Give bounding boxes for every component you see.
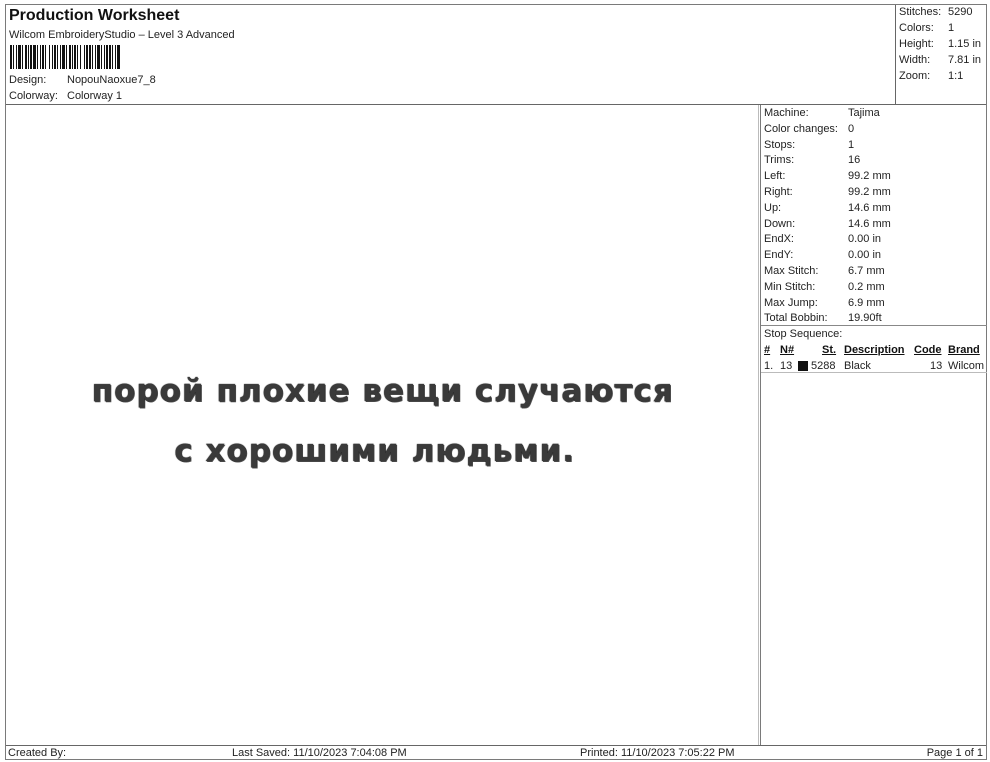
- embroidery-text-line-2: с хорошими людьми.: [0, 433, 751, 469]
- stat-row: Down:14.6 mm: [764, 218, 891, 230]
- stat-row: Max Jump:6.9 mm: [764, 297, 885, 309]
- barcode-icon: [10, 45, 210, 69]
- col-stitches: St.: [822, 344, 836, 356]
- width-row: Width:7.81 in: [899, 54, 981, 66]
- last-saved: Last Saved: 11/10/2023 7:04:08 PM: [232, 747, 407, 759]
- stop-sequence: Stop Sequence: # N# St. Description Code…: [761, 325, 987, 373]
- production-worksheet: Production Worksheet Wilcom EmbroiderySt…: [5, 4, 987, 760]
- stat-value: Tajima: [848, 107, 880, 119]
- colors-value: 1: [948, 22, 954, 34]
- stat-label: EndY:: [764, 249, 848, 261]
- colors-row: Colors:1: [899, 22, 954, 34]
- colorway-value: Colorway 1: [67, 90, 122, 102]
- stat-label: EndX:: [764, 233, 848, 245]
- software-name: Wilcom EmbroideryStudio – Level 3 Advanc…: [9, 29, 235, 41]
- height-value: 1.15 in: [948, 38, 981, 50]
- row-index: 1.: [764, 360, 773, 372]
- stitches-value: 5290: [948, 6, 972, 18]
- stat-label: Max Jump:: [764, 297, 848, 309]
- stat-row: Machine:Tajima: [764, 107, 880, 119]
- stat-value: 14.6 mm: [848, 218, 891, 230]
- colorway-label: Colorway:: [9, 90, 67, 102]
- stat-value: 6.9 mm: [848, 297, 885, 309]
- width-value: 7.81 in: [948, 54, 981, 66]
- stat-label: Machine:: [764, 107, 848, 119]
- stop-sequence-row: 1. 13 5288 Black 13 Wilcom: [764, 360, 986, 374]
- stat-value: 1: [848, 139, 854, 151]
- stat-label: Right:: [764, 186, 848, 198]
- worksheet-header: Production Worksheet Wilcom EmbroiderySt…: [6, 5, 986, 105]
- col-brand: Brand: [948, 344, 980, 356]
- stat-label: Down:: [764, 218, 848, 230]
- stat-label: Min Stitch:: [764, 281, 848, 293]
- stat-label: Up:: [764, 202, 848, 214]
- stat-row: Stops:1: [764, 139, 854, 151]
- stop-sequence-header: # N# St. Description Code Brand: [764, 344, 986, 358]
- thread-color-swatch: [798, 361, 808, 371]
- printed-date: Printed: 11/10/2023 7:05:22 PM: [580, 747, 735, 759]
- stat-row: Trims:16: [764, 154, 860, 166]
- stitch-info-panel: Machine:TajimaColor changes:0Stops:1Trim…: [760, 105, 986, 745]
- stat-row: EndY:0.00 in: [764, 249, 881, 261]
- stat-row: EndX:0.00 in: [764, 233, 881, 245]
- row-code: 13: [930, 360, 942, 372]
- col-description: Description: [844, 344, 905, 356]
- stat-label: Color changes:: [764, 123, 848, 135]
- stat-row: Left:99.2 mm: [764, 170, 891, 182]
- stat-row: Up:14.6 mm: [764, 202, 891, 214]
- colors-label: Colors:: [899, 22, 948, 34]
- summary-box: Stitches:5290 Colors:1 Height:1.15 in Wi…: [895, 5, 986, 104]
- design-name-row: Design:NopouNaoxue7_8: [9, 74, 156, 86]
- stat-value: 0.2 mm: [848, 281, 885, 293]
- design-preview: порой плохие вещи случаются с хорошими л…: [6, 105, 759, 745]
- stat-value: 19.90ft: [848, 312, 882, 324]
- col-code: Code: [914, 344, 942, 356]
- stat-row: Color changes:0: [764, 123, 854, 135]
- stat-value: 99.2 mm: [848, 170, 891, 182]
- stat-label: Max Stitch:: [764, 265, 848, 277]
- design-label: Design:: [9, 74, 67, 86]
- stat-row: Total Bobbin:19.90ft: [764, 312, 882, 324]
- stat-value: 99.2 mm: [848, 186, 891, 198]
- stop-sequence-title: Stop Sequence:: [764, 328, 842, 340]
- stat-value: 0: [848, 123, 854, 135]
- row-needle: 13: [780, 360, 792, 372]
- col-needle: N#: [780, 344, 794, 356]
- col-index: #: [764, 344, 770, 356]
- stat-value: 0.00 in: [848, 249, 881, 261]
- page-number: Page 1 of 1: [927, 747, 983, 759]
- stitches-row: Stitches:5290: [899, 6, 972, 18]
- stat-label: Stops:: [764, 139, 848, 151]
- created-by: Created By:: [8, 747, 66, 759]
- width-label: Width:: [899, 54, 948, 66]
- stat-row: Min Stitch:0.2 mm: [764, 281, 885, 293]
- height-label: Height:: [899, 38, 948, 50]
- stat-label: Left:: [764, 170, 848, 182]
- row-stitches: 5288: [811, 360, 835, 372]
- stat-value: 14.6 mm: [848, 202, 891, 214]
- stat-label: Trims:: [764, 154, 848, 166]
- worksheet-footer: Created By: Last Saved: 11/10/2023 7:04:…: [6, 745, 986, 759]
- height-row: Height:1.15 in: [899, 38, 981, 50]
- zoom-value: 1:1: [948, 70, 963, 82]
- row-description: Black: [844, 360, 871, 372]
- stat-value: 16: [848, 154, 860, 166]
- stat-row: Max Stitch:6.7 mm: [764, 265, 885, 277]
- page-title: Production Worksheet: [9, 7, 179, 25]
- row-brand: Wilcom: [948, 360, 984, 372]
- colorway-row: Colorway:Colorway 1: [9, 90, 122, 102]
- embroidery-text-line-1: порой плохие вещи случаются: [6, 373, 759, 409]
- stat-label: Total Bobbin:: [764, 312, 848, 324]
- zoom-label: Zoom:: [899, 70, 948, 82]
- stat-value: 6.7 mm: [848, 265, 885, 277]
- zoom-row: Zoom:1:1: [899, 70, 963, 82]
- stitches-label: Stitches:: [899, 6, 948, 18]
- stat-row: Right:99.2 mm: [764, 186, 891, 198]
- stat-value: 0.00 in: [848, 233, 881, 245]
- design-value: NopouNaoxue7_8: [67, 74, 156, 86]
